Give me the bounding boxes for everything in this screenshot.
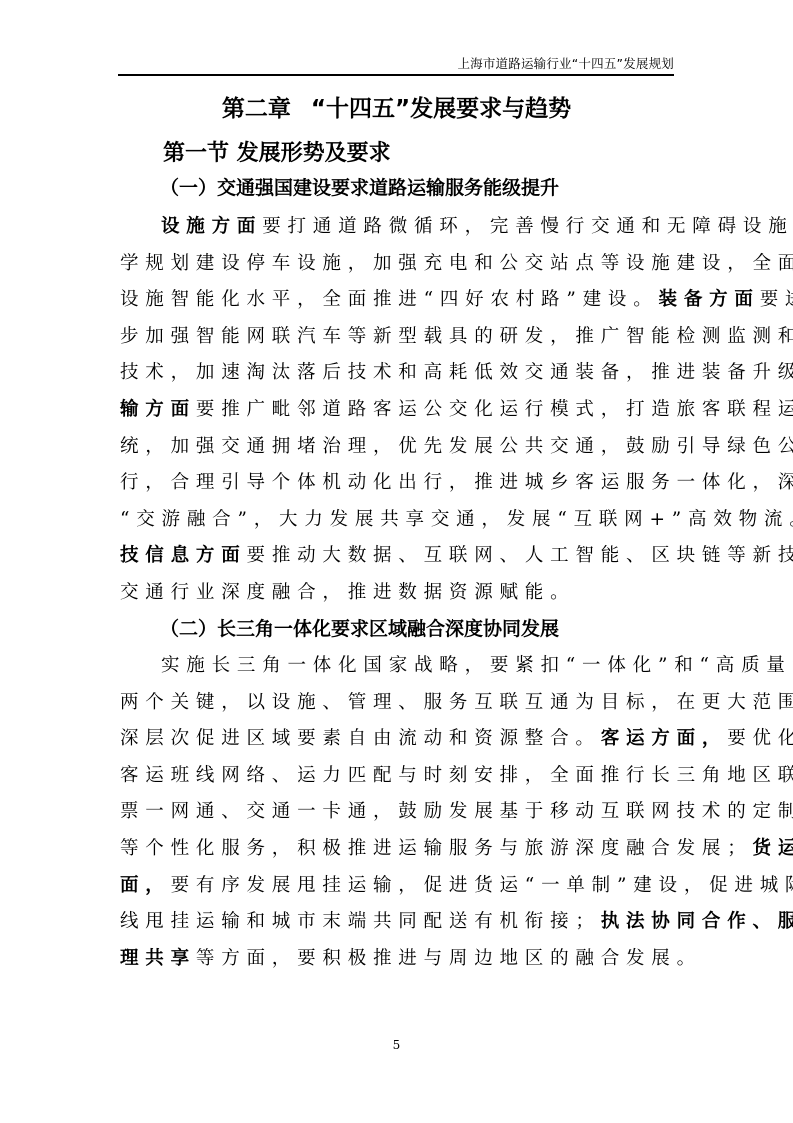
text-line: 设施方面要打通道路微循环，完善慢行交通和无障碍设施，科 (120, 209, 673, 246)
text-line: 步加强智能网联汽车等新型载具的研发，推广智能检测监测和运维 (120, 319, 673, 356)
bold-lead-phrase: 技信息方面 (120, 545, 247, 566)
text-line: 学规划建设停车设施，加强充电和公交站点等设施建设，全面提升 (120, 246, 673, 283)
body-text: 要有序发展甩挂运输，促进货运“一单制”建设，促进城际干 (171, 875, 793, 896)
body-text: 技术，加速淘汰落后技术和高耗低效交通装备，推进装备升级。 (120, 362, 793, 383)
body-text: 要进一 (760, 289, 793, 310)
chapter-heading: “十四五”发展要求与趋势 (311, 96, 571, 122)
body-text: 设施智能化水平，全面推进“四好农村路”建设。 (120, 289, 659, 310)
bold-lead-phrase: 执法协同合作、服务管 (601, 911, 793, 932)
text-line: 等个性化服务，积极推进运输服务与旅游深度融合发展；货运方 (120, 831, 673, 868)
chapter-title: 第二章“十四五”发展要求与趋势 (0, 94, 793, 124)
body-text: 等方面，要积极推进与周边地区的融合发展。 (196, 948, 702, 969)
body-text: 要推动大数据、互联网、人工智能、区块链等新技术与 (247, 545, 793, 566)
text-line: 设施智能化水平，全面推进“四好农村路”建设。装备方面要进一 (120, 282, 673, 319)
text-line: 交通行业深度融合，推进数据资源赋能。 (120, 575, 673, 612)
body-text: 学规划建设停车设施，加强充电和公交站点等设施建设，全面提升 (120, 253, 793, 274)
body-text: 要推广毗邻道路客运公交化运行模式，打造旅客联程运输系 (196, 399, 793, 420)
text-line: 输方面要推广毗邻道路客运公交化运行模式，打造旅客联程运输系 (120, 392, 673, 429)
text-line: 线甩挂运输和城市末端共同配送有机衔接；执法协同合作、服务管 (120, 904, 673, 941)
body-text: 线甩挂运输和城市末端共同配送有机衔接； (120, 911, 601, 932)
text-line: 实施长三角一体化国家战略，要紧扣“一体化”和“高质量” (120, 648, 673, 685)
bold-lead-phrase: 输方面 (120, 399, 196, 420)
text-line: 客运班线网络、运力匹配与时刻安排，全面推行长三角地区联网售 (120, 758, 673, 795)
bold-lead-phrase: 客运方面， (601, 728, 728, 749)
text-line: 技信息方面要推动大数据、互联网、人工智能、区块链等新技术与 (120, 538, 673, 575)
bold-lead-phrase: 装备方面 (659, 289, 760, 310)
body-text: 行，合理引导个体机动化出行，推进城乡客运服务一体化，深化 (120, 472, 793, 493)
text-line: 深层次促进区域要素自由流动和资源整合。客运方面，要优化城际 (120, 721, 673, 758)
page-header: 上海市道路运输行业“十四五”发展规划 (118, 48, 674, 76)
text-line: 行，合理引导个体机动化出行，推进城乡客运服务一体化，深化 (120, 465, 673, 502)
body-text: 等个性化服务，积极推进运输服务与旅游深度融合发展； (120, 838, 753, 859)
body-text: 统，加强交通拥堵治理，优先发展公共交通，鼓励引导绿色公交出 (120, 436, 793, 457)
text-line: 面，要有序发展甩挂运输，促进货运“一单制”建设，促进城际干 (120, 868, 673, 905)
text-line: 技术，加速淘汰落后技术和高耗低效交通装备，推进装备升级。运 (120, 355, 673, 392)
text-line: 统，加强交通拥堵治理，优先发展公共交通，鼓励引导绿色公交出 (120, 429, 673, 466)
text-line: 票一网通、交通一卡通，鼓励发展基于移动互联网技术的定制客运 (120, 794, 673, 831)
bold-lead-phrase: 设施方面 (161, 216, 262, 237)
text-line: “交游融合”，大力发展共享交通，发展“互联网+”高效物流。科 (120, 502, 673, 539)
body-text: “交游融合”，大力发展共享交通，发展“互联网+”高效物流。 (120, 509, 793, 530)
page-number: 5 (0, 1038, 793, 1052)
body-text: 实施长三角一体化国家战略，要紧扣“一体化”和“高质量” (161, 655, 793, 676)
body-text: 票一网通、交通一卡通，鼓励发展基于移动互联网技术的定制客运 (120, 801, 793, 822)
body-text: 交通行业深度融合，推进数据资源赋能。 (120, 582, 575, 603)
text-line: 两个关键，以设施、管理、服务互联互通为目标，在更大范围、更 (120, 685, 673, 722)
subsection-title-1: （一）交通强国建设要求道路运输服务能级提升 (160, 174, 559, 202)
bold-lead-phrase: 面， (120, 875, 171, 896)
bold-lead-phrase: 理共享 (120, 948, 196, 969)
paragraph-transport-power: 设施方面要打通道路微循环，完善慢行交通和无障碍设施，科学规划建设停车设施，加强充… (120, 209, 673, 612)
subsection-title-2: （二）长三角一体化要求区域融合深度协同发展 (160, 615, 559, 643)
body-text: 要打通道路微循环，完善慢行交通和无障碍设施，科 (262, 216, 793, 237)
body-text: 要优化城际 (727, 728, 793, 749)
body-text: 两个关键，以设施、管理、服务互联互通为目标，在更大范围、更 (120, 692, 793, 713)
body-text: 深层次促进区域要素自由流动和资源整合。 (120, 728, 601, 749)
section-title: 第一节 发展形势及要求 (163, 139, 391, 169)
running-title: 上海市道路运输行业“十四五”发展规划 (457, 54, 674, 72)
body-text: 客运班线网络、运力匹配与时刻安排，全面推行长三角地区联网售 (120, 765, 793, 786)
body-text: 步加强智能网联汽车等新型载具的研发，推广智能检测监测和运维 (120, 326, 793, 347)
chapter-number: 第二章 (222, 96, 291, 122)
paragraph-yangtze-delta: 实施长三角一体化国家战略，要紧扣“一体化”和“高质量”两个关键，以设施、管理、服… (120, 648, 673, 977)
bold-lead-phrase: 货运方 (753, 838, 793, 859)
text-line: 理共享等方面，要积极推进与周边地区的融合发展。 (120, 941, 673, 978)
